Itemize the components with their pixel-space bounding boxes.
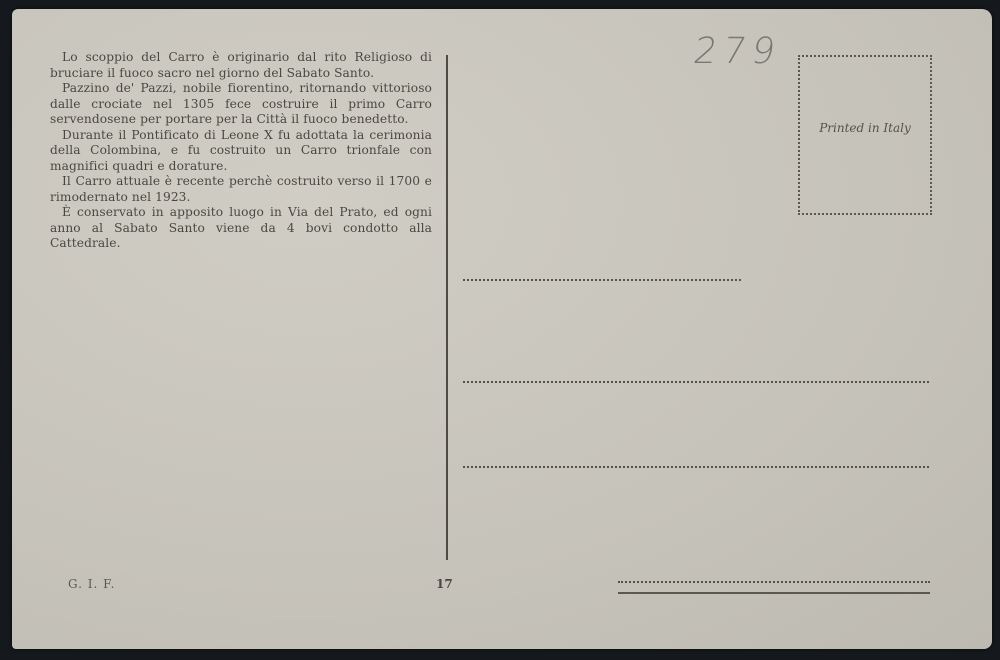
paragraph-current-carro: Il Carro attuale è recente perchè costru… xyxy=(50,174,432,205)
paragraph-pazzino: Pazzino de' Pazzi, nobile fiorentino, ri… xyxy=(50,81,432,128)
address-line-2 xyxy=(463,381,929,383)
postcard-back: Lo scoppio del Carro è originario dal ri… xyxy=(12,9,992,649)
center-divider xyxy=(446,55,448,560)
paragraph-conservation: È conservato in apposito luogo in Via de… xyxy=(50,205,432,252)
address-line-4 xyxy=(618,581,930,583)
handwritten-number: 279 xyxy=(690,31,784,72)
address-underline xyxy=(618,592,930,594)
card-number: 17 xyxy=(436,577,453,591)
paragraph-leone: Durante il Pontificato di Leone X fu ado… xyxy=(50,128,432,175)
printed-in-italy-label: Printed in Italy xyxy=(800,121,930,135)
address-line-1 xyxy=(463,279,741,281)
stamp-box: Printed in Italy xyxy=(798,55,932,215)
publisher-mark: G. I. F. xyxy=(68,577,115,591)
paragraph-origin: Lo scoppio del Carro è originario dal ri… xyxy=(50,50,432,81)
description-text: Lo scoppio del Carro è originario dal ri… xyxy=(50,50,432,252)
address-line-3 xyxy=(463,466,929,468)
